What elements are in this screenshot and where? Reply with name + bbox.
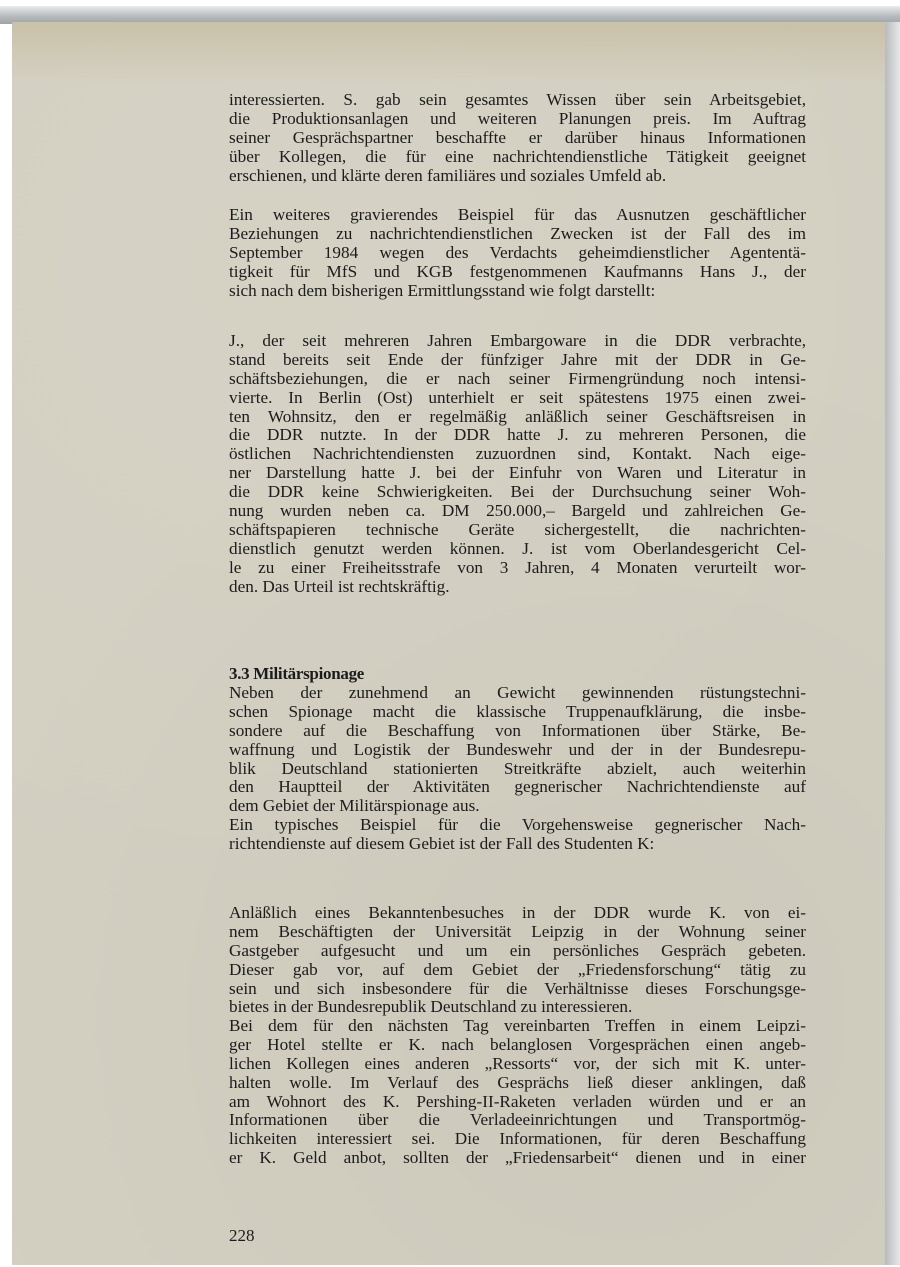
text-line: den. Das Urteil ist rechtskräftig.: [229, 578, 806, 597]
text-line: sein und sich insbesondere für die Verhä…: [229, 980, 806, 999]
text-line: J., der seit mehreren Jahren Embargoware…: [229, 332, 806, 351]
text-line: interessierten. S. gab sein gesamtes Wis…: [229, 91, 806, 110]
text-line: nem Beschäftigten der Universität Leipzi…: [229, 923, 806, 942]
text-line: Informationen über die Verladeeinrichtun…: [229, 1111, 806, 1130]
text-line: Ein typisches Beispiel für die Vorgehens…: [229, 816, 806, 835]
scan-right-edge: [885, 22, 900, 1265]
paragraph-p5: Ein typisches Beispiel für die Vorgehens…: [229, 816, 806, 854]
text-line: halten wolle. Im Verlauf des Gesprächs l…: [229, 1074, 806, 1093]
page-number: 228: [229, 1226, 255, 1246]
text-line: Neben der zunehmend an Gewicht gewinnend…: [229, 684, 806, 703]
text-line: schäftspapieren technische Geräte sicher…: [229, 521, 806, 540]
text-line: Ein weiteres gravierendes Beispiel für d…: [229, 206, 806, 225]
text-line: ger Hotel stellte er K. nach belanglosen…: [229, 1036, 806, 1055]
text-line: le zu einer Freiheitsstrafe von 3 Jahren…: [229, 559, 806, 578]
text-line: Gastgeber aufgesucht und um ein persönli…: [229, 942, 806, 961]
text-line: die DDR nutzte. In der DDR hatte J. zu m…: [229, 426, 806, 445]
section-heading: 3.3 Militärspionage: [229, 665, 806, 684]
text-line: am Wohnort des K. Pershing-II-Raketen ve…: [229, 1093, 806, 1112]
text-line: sondere auf die Beschaffung von Informat…: [229, 722, 806, 741]
text-line: schäftsbeziehungen, die er nach seiner F…: [229, 370, 806, 389]
text-line: Beziehungen zu nachrichtendienstlichen Z…: [229, 225, 806, 244]
text-line: lichkeiten interessiert sei. Die Informa…: [229, 1130, 806, 1149]
section-heading-block: 3.3 Militärspionage: [229, 665, 806, 684]
text-line: sich nach dem bisherigen Ermittlungsstan…: [229, 282, 806, 301]
text-line: vierte. In Berlin (Ost) unterhielt er se…: [229, 389, 806, 408]
text-line: er K. Geld anbot, sollten der „Friedensa…: [229, 1149, 806, 1168]
text-line: Bei dem für den nächsten Tag vereinbarte…: [229, 1017, 806, 1036]
text-line: richtendienste auf diesem Gebiet ist der…: [229, 835, 806, 854]
text-line: die DDR keine Schwierigkeiten. Bei der D…: [229, 483, 806, 502]
text-line: Dieser gab vor, auf dem Gebiet der „Frie…: [229, 961, 806, 980]
text-line: stand bereits seit Ende der fünfziger Ja…: [229, 351, 806, 370]
text-line: lichen Kollegen eines anderen „Ressorts“…: [229, 1055, 806, 1074]
text-line: nung wurden neben ca. DM 250.000,– Barge…: [229, 502, 806, 521]
text-line: über Kollegen, die für eine nachrichtend…: [229, 148, 806, 167]
text-line: ner Darstellung hatte J. bei der Einfuhr…: [229, 464, 806, 483]
text-line: Anläßlich eines Bekanntenbesuches in der…: [229, 904, 806, 923]
paragraph-p2: Ein weiteres gravierendes Beispiel für d…: [229, 206, 806, 300]
text-line: September 1984 wegen des Verdachts gehei…: [229, 244, 806, 263]
text-line: ten Wohnsitz, den er regelmäßig anläßlic…: [229, 408, 806, 427]
paragraph-p6: Anläßlich eines Bekanntenbesuches in der…: [229, 904, 806, 1017]
text-line: den Hauptteil der Aktivitäten gegnerisch…: [229, 778, 806, 797]
paragraph-p1: interessierten. S. gab sein gesamtes Wis…: [229, 91, 806, 185]
text-line: tigkeit für MfS und KGB festgenommenen K…: [229, 263, 806, 282]
text-line: blik Deutschland stationierten Streitkrä…: [229, 760, 806, 779]
text-line: waffnung und Logistik der Bundeswehr und…: [229, 741, 806, 760]
paragraph-p4: Neben der zunehmend an Gewicht gewinnend…: [229, 684, 806, 816]
text-line: die Produktionsanlagen und weiteren Plan…: [229, 110, 806, 129]
text-line: seiner Gesprächspartner beschaffte er da…: [229, 129, 806, 148]
text-line: dem Gebiet der Militärspionage aus.: [229, 797, 806, 816]
text-line: dienstlich genutzt werden können. J. ist…: [229, 540, 806, 559]
text-line: erschienen, und klärte deren familiäres …: [229, 167, 806, 186]
paragraph-p3: J., der seit mehreren Jahren Embargoware…: [229, 332, 806, 596]
text-line: schen Spionage macht die klassische Trup…: [229, 703, 806, 722]
text-line: bietes in der Bundesrepublik Deutschland…: [229, 998, 806, 1017]
paragraph-p7: Bei dem für den nächsten Tag vereinbarte…: [229, 1017, 806, 1168]
text-line: östlichen Nachrichtendiensten zuzuordnen…: [229, 445, 806, 464]
